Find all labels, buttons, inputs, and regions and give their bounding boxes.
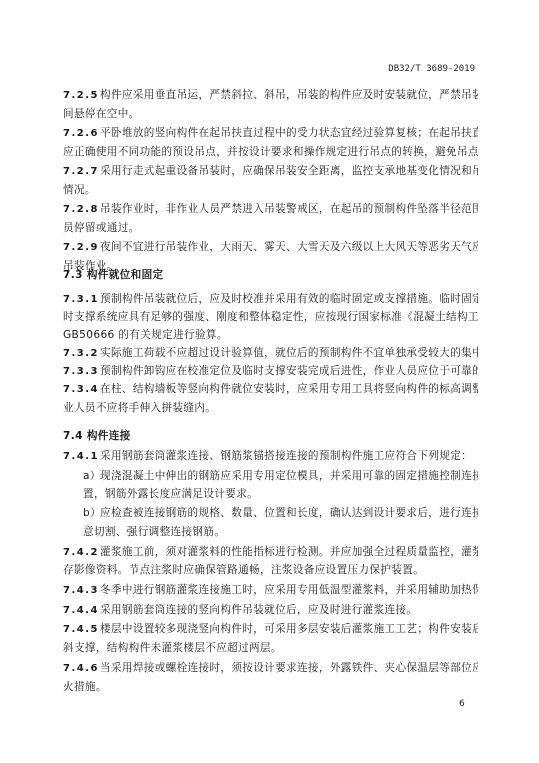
clause-text: 斜支撑，结构构件未灌浆楼层不应超过两层。 (63, 642, 282, 654)
clause-text: 采用钢筋套筒灌浆连接、钢筋浆锚搭接连接的预制构件施工应符合下列规定： (100, 450, 472, 462)
clause-line: 7.3.2实际施工荷载不应超过设计验算值，就位后的预制构件不宜单独承受较大的集中… (63, 346, 478, 361)
clause-number: 7.2.6 (63, 127, 100, 141)
clause-number: 7.2.9 (63, 241, 100, 255)
clause-number: 7.3.2 (63, 347, 100, 361)
clause-text: 在柱、结构墙板等竖向构件就位安装时，应采用专用工具将竖向构件的标高调整到位，作 (100, 383, 478, 395)
list-item-line: b）应检查被连接钢筋的规格、数量、位置和长度，确认达到设计要求后，进行连接作业，… (83, 506, 478, 520)
section-title: 7.3 构件就位和固定 (63, 269, 163, 281)
clause-number: 7.4.5 (63, 623, 100, 637)
continuation-line: 置，钢筋外露长度应满足设计要求。 (83, 487, 478, 501)
clause-line: 7.4.2灌浆施工前，须对灌浆料的性能指标进行检测。并应加强全过程质量监控，灌浆… (63, 545, 478, 560)
clause-text: 应正确使用不同功能的预设吊点，并按设计要求和操作规定进行吊点的转换，避免吊点损坏… (63, 146, 478, 158)
clause-text: 预制构件卸钩应在校准定位及临时支撑安装完成后进性，作业人员应位于可靠的立足点上。 (100, 365, 478, 377)
clause-line: 7.3.3预制构件卸钩应在校准定位及临时支撑安装完成后进性，作业人员应位于可靠的… (63, 364, 478, 379)
document-code-header: DB32/T 3689-2019 (388, 64, 475, 74)
clause-text: GB50666 的有关规定进行验算。 (63, 329, 228, 341)
clause-text: 实际施工荷载不应超过设计验算值，就位后的预制构件不宜单独承受较大的集中荷载。 (100, 347, 478, 359)
clause-text: 业人员不应将手伸入拼装缝内。 (63, 402, 216, 414)
section-heading: 7.3 构件就位和固定 (63, 268, 478, 282)
page-number: 6 (459, 699, 465, 709)
list-item-label: a） (83, 469, 100, 483)
continuation-line: 间悬停在空中。 (63, 107, 478, 121)
clause-text: 灌浆施工前，须对灌浆料的性能指标进行检测。并应加强全过程质量监控，灌浆施工过程宜… (100, 546, 478, 558)
continuation-line: 意切割、强行调整连接钢筋。 (83, 525, 478, 539)
clause-number: 7.4.6 (63, 662, 100, 676)
clause-text: 平卧堆放的竖向构件在起吊扶直过程中的受力状态宜经过验算复核；在起吊扶直过程中， (100, 127, 478, 139)
clause-text: 情况。 (63, 184, 96, 196)
clause-line: 7.2.9夜间不宜进行吊装作业，大雨天、雾天、大雪天及六级以上大风天等恶劣天气应… (63, 240, 478, 255)
clause-number: 7.4.4 (63, 604, 100, 618)
clause-text: 冬季中进行钢筋灌浆连接施工时，应采用专用低温型灌浆料，并采用辅助加热保温措施。 (100, 584, 478, 596)
clause-number: 7.4.3 (63, 584, 100, 598)
clause-line: 7.4.6当采用焊接或螺栓连接时，须按设计要求连接，外露铁件、夹心保温层等部位应… (63, 661, 478, 676)
list-item-line: a）现浇混凝土中伸出的钢筋应采用专用定位模具，并采用可靠的固定措施控制连接钢筋的… (83, 469, 478, 483)
clause-text: 员停留或通过。 (63, 222, 140, 234)
clause-number: 7.3.4 (63, 383, 100, 397)
continuation-line: 应正确使用不同功能的预设吊点，并按设计要求和操作规定进行吊点的转换，避免吊点损坏… (63, 145, 478, 159)
clause-text: 采用行走式起重设备吊装时，应确保吊装安全距离，监控支承地基变化情况和吊具的受力 (100, 165, 478, 177)
clause-number: 7.4.2 (63, 546, 100, 560)
list-item-label: b） (83, 506, 100, 520)
continuation-line: 业人员不应将手伸入拼装缝内。 (63, 401, 478, 415)
section-heading: 7.4 构件连接 (63, 429, 478, 443)
continuation-line: 情况。 (63, 183, 478, 197)
clause-text: 吊装作业时，非作业人员严禁进入吊装警戒区，在起吊的预制构件坠落半径范围内严禁人 (100, 203, 478, 215)
clause-text: 现浇混凝土中伸出的钢筋应采用专用定位模具，并采用可靠的固定措施控制连接钢筋的中心… (100, 470, 478, 482)
clause-line: 7.4.1采用钢筋套筒灌浆连接、钢筋浆锚搭接连接的预制构件施工应符合下列规定： (63, 449, 478, 464)
continuation-line: 火措施。 (63, 680, 478, 694)
clause-text: 时支撑系统应具有足够的强度、刚度和整体稳定性，应按现行国家标准《混凝土结构工程施… (63, 311, 478, 323)
clause-text: 意切割、强行调整连接钢筋。 (83, 526, 225, 538)
continuation-line: 斜支撑，结构构件未灌浆楼层不应超过两层。 (63, 641, 478, 655)
clause-text: 应检查被连接钢筋的规格、数量、位置和长度，确认达到设计要求后，进行连接作业，严禁… (100, 507, 478, 519)
clause-number: 7.4.1 (63, 450, 100, 464)
continuation-line: 时支撑系统应具有足够的强度、刚度和整体稳定性，应按现行国家标准《混凝土结构工程施… (63, 310, 478, 324)
clause-text: 置，钢筋外露长度应满足设计要求。 (83, 488, 258, 500)
clause-text: 预制构件吊装就位后，应及时校准并采用有效的临时固定或支撑措施。临时固定措施、临 (100, 293, 478, 305)
clause-number: 7.2.5 (63, 89, 100, 103)
clause-line: 7.4.4采用钢筋套筒连接的竖向构件吊装就位后，应及时进行灌浆连接。 (63, 603, 478, 618)
clause-line: 7.2.5构件应采用垂直吊运，严禁斜拉、斜吊，吊装的构件应及时安装就位，严禁吊装… (63, 88, 478, 103)
clause-line: 7.2.8吊装作业时，非作业人员严禁进入吊装警戒区，在起吊的预制构件坠落半径范围… (63, 202, 478, 217)
clause-text: 间悬停在空中。 (63, 108, 140, 120)
document-page: DB32/T 3689-2019 7.2.5构件应采用垂直吊运，严禁斜拉、斜吊，… (0, 0, 539, 763)
clause-number: 7.2.7 (63, 165, 100, 179)
clause-text: 火措施。 (63, 681, 107, 693)
clause-text: 楼层中设置较多现浇竖向构件时，可采用多层安装后灌浆施工工艺；构件安装后，应及时设… (100, 623, 478, 635)
clause-line: 7.2.6平卧堆放的竖向构件在起吊扶直过程中的受力状态宜经过验算复核；在起吊扶直… (63, 126, 478, 141)
clause-number: 7.3.1 (63, 293, 100, 307)
section-title: 7.4 构件连接 (63, 430, 131, 442)
clause-text: 存影像资料。节点注浆时应确保管路通畅，注浆设备应设置压力保护装置。 (63, 564, 424, 576)
continuation-line: 员停留或通过。 (63, 221, 478, 235)
continuation-line: 存影像资料。节点注浆时应确保管路通畅，注浆设备应设置压力保护装置。 (63, 563, 478, 577)
continuation-line: GB50666 的有关规定进行验算。 (63, 328, 478, 342)
clause-number: 7.3.3 (63, 365, 100, 379)
clause-line: 7.2.7采用行走式起重设备吊装时，应确保吊装安全距离，监控支承地基变化情况和吊… (63, 164, 478, 179)
clause-line: 7.4.5楼层中设置较多现浇竖向构件时，可采用多层安装后灌浆施工工艺；构件安装后… (63, 622, 478, 637)
clause-line: 7.3.1预制构件吊装就位后，应及时校准并采用有效的临时固定或支撑措施。临时固定… (63, 292, 478, 307)
clause-line: 7.3.4在柱、结构墙板等竖向构件就位安装时，应采用专用工具将竖向构件的标高调整… (63, 382, 478, 397)
clause-line: 7.4.3冬季中进行钢筋灌浆连接施工时，应采用专用低温型灌浆料，并采用辅助加热保… (63, 583, 478, 598)
clause-text: 构件应采用垂直吊运，严禁斜拉、斜吊，吊装的构件应及时安装就位，严禁吊装构件长时 (100, 89, 478, 101)
clause-text: 采用钢筋套筒连接的竖向构件吊装就位后，应及时进行灌浆连接。 (100, 604, 417, 616)
clause-text: 夜间不宜进行吊装作业，大雨天、雾天、大雪天及六级以上大风天等恶劣天气应停止构件 (100, 241, 478, 253)
clause-number: 7.2.8 (63, 203, 100, 217)
clause-text: 当采用焊接或螺栓连接时，须按设计要求连接，外露铁件、夹心保温层等部位应采取防腐和… (100, 662, 478, 674)
